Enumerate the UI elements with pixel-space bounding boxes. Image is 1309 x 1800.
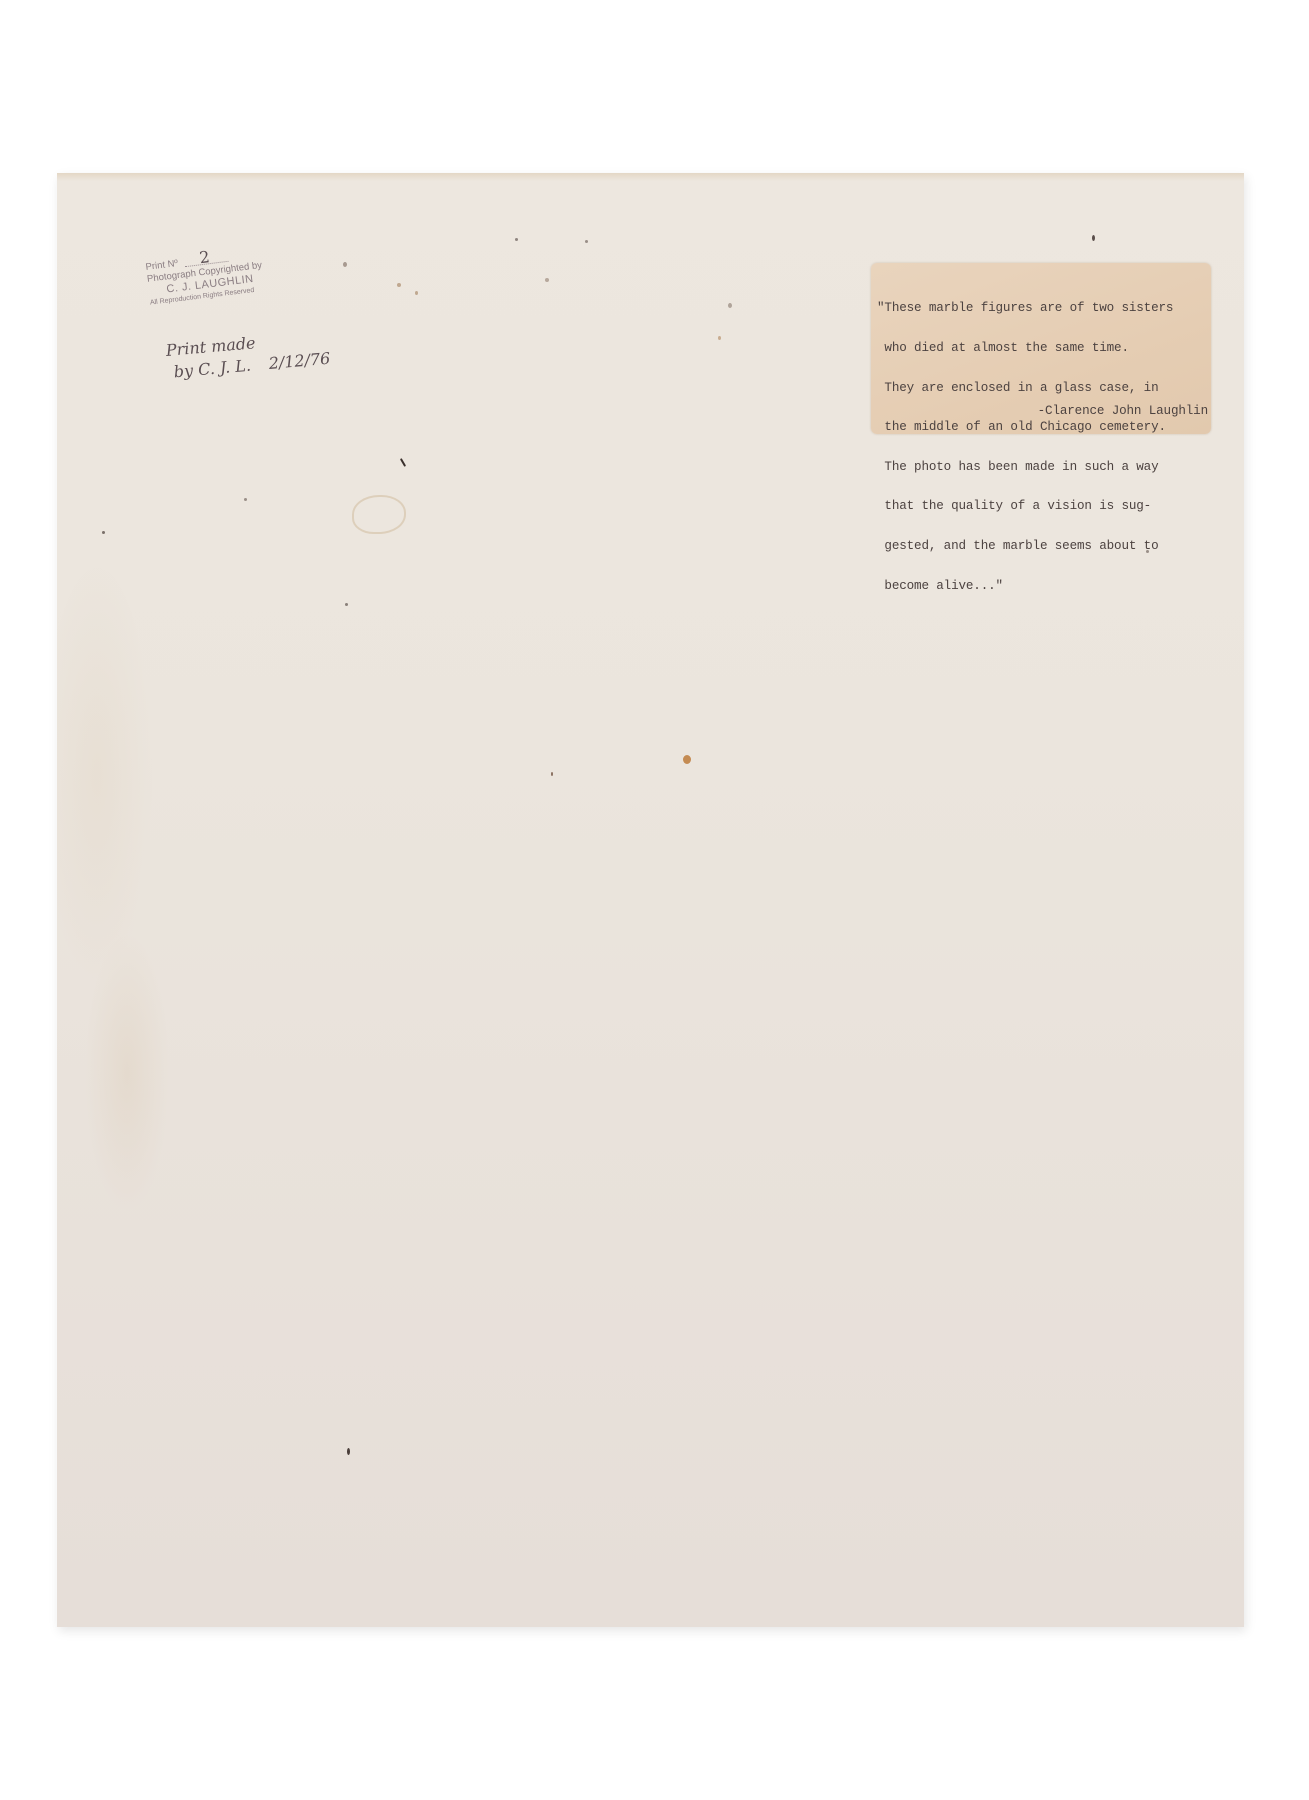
quote-line: gested, and the marble seems about to [877, 540, 1207, 553]
quote-line: The photo has been made in such a way [877, 461, 1207, 474]
handwritten-date: 2/12/76 [268, 349, 331, 373]
foxing-spot [347, 1448, 350, 1455]
foxing-spot [683, 755, 691, 764]
foxing-spot [515, 238, 518, 241]
foxing-spot [244, 498, 247, 501]
foxing-spot [343, 262, 347, 267]
foxing-spot [1092, 235, 1095, 241]
quote-line: the middle of an old Chicago cemetery. [877, 421, 1207, 434]
quote-line: They are enclosed in a glass case, in [877, 382, 1207, 395]
typed-quote-label: "These marble figures are of two sisters… [871, 263, 1211, 434]
quote-line: become alive..." [877, 580, 1207, 593]
water-stain [352, 495, 406, 534]
foxing-spot [345, 603, 348, 606]
foxing-spot [728, 303, 732, 308]
foxing-spot [718, 336, 721, 340]
quote-line: that the quality of a vision is sug- [877, 500, 1207, 513]
foxing-spot [415, 291, 418, 295]
quote-line: who died at almost the same time. [877, 342, 1207, 355]
foxing-spot [585, 240, 588, 243]
foxing-spot [397, 283, 401, 287]
foxing-spot [102, 531, 105, 534]
handwritten-initials: by C. J. L. [173, 356, 252, 382]
quote-text: "These marble figures are of two sisters… [877, 276, 1207, 619]
quote-signature: -Clarence John Laughlin [1038, 404, 1208, 418]
quote-line: "These marble figures are of two sisters [877, 302, 1207, 315]
foxing-spot [545, 278, 549, 282]
foxing-spot [551, 772, 553, 776]
